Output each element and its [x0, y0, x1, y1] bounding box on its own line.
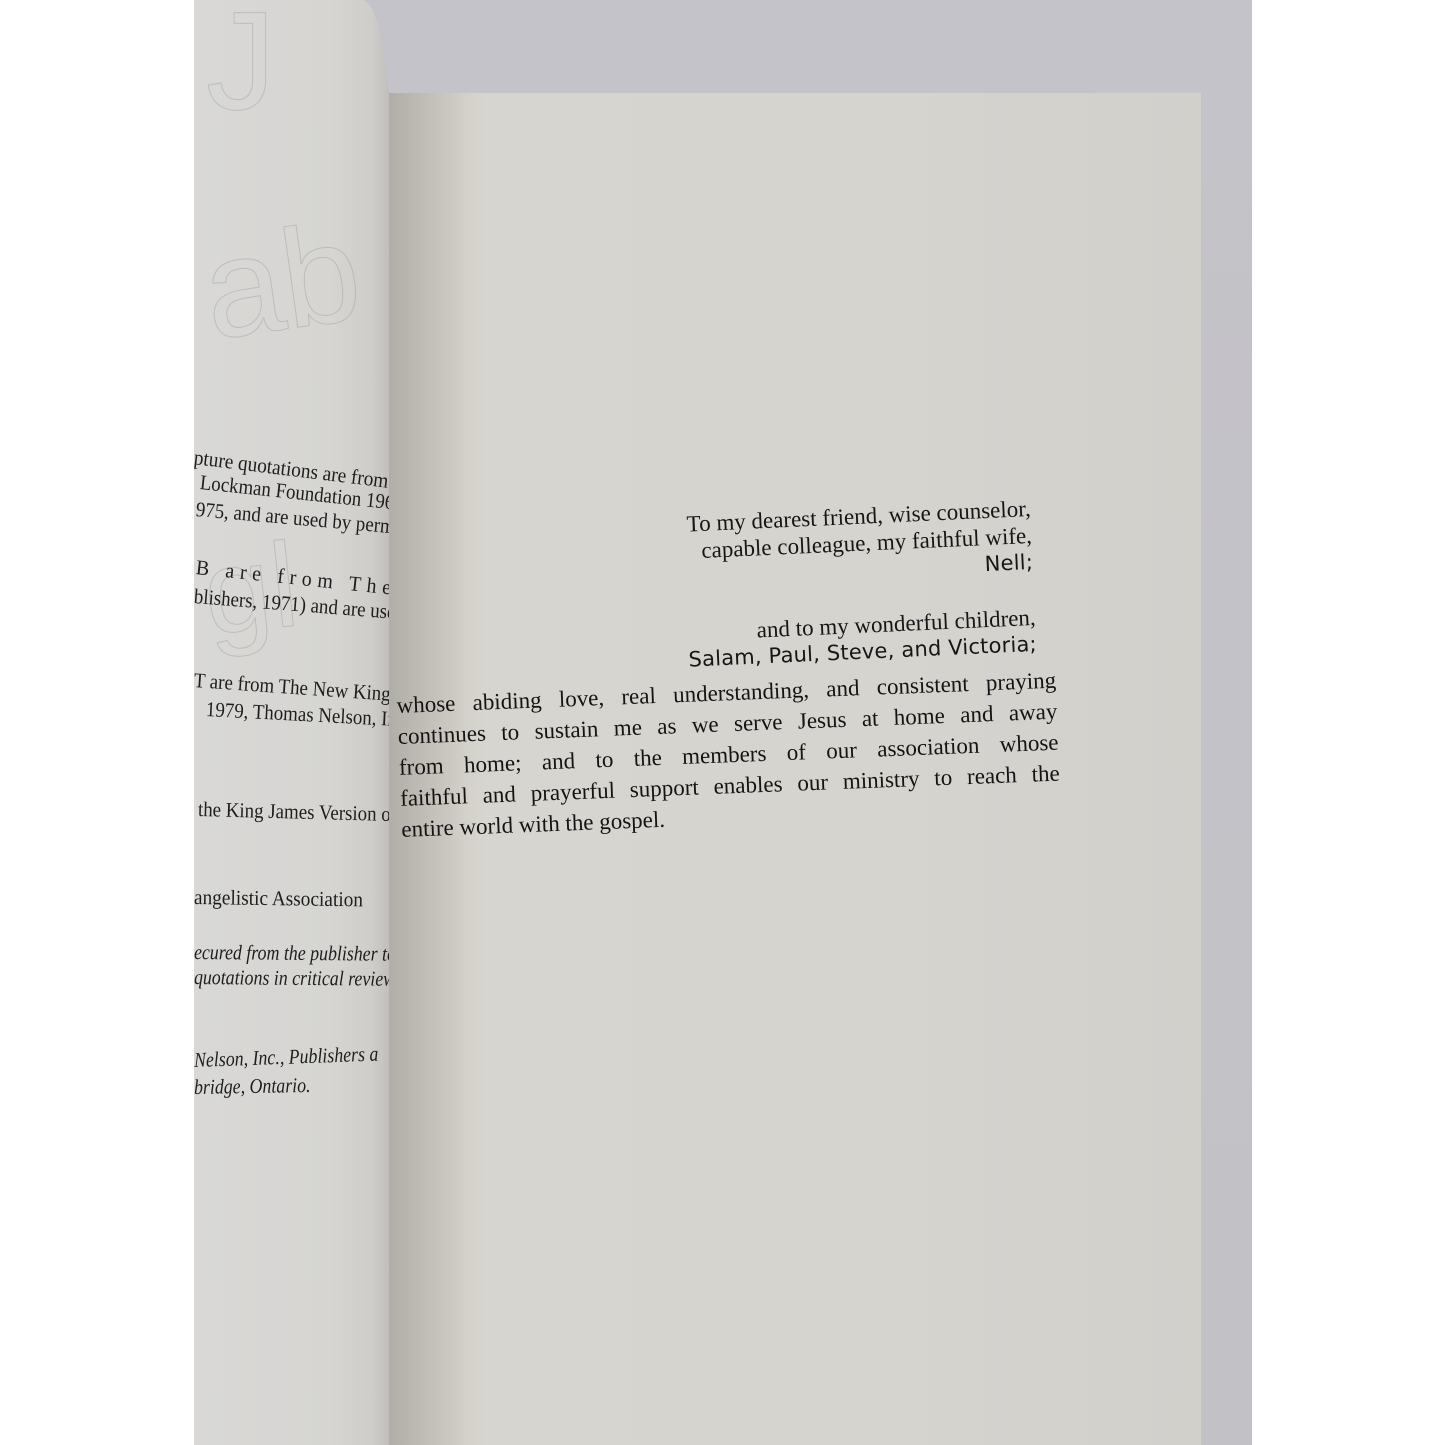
copyright-line: bridge, Ontario. [194, 1073, 311, 1100]
copyright-line: angelistic Association [194, 885, 363, 912]
copyright-line: ecured from the publisher to [194, 940, 396, 967]
copyright-line: the King James Version of [198, 797, 398, 827]
dedication-paragraph: whose abiding love, real understanding, … [396, 665, 1061, 845]
bleed-through-letter: J [206, 0, 276, 142]
copyright-line: quotations in critical reviews [194, 965, 402, 992]
dedication-heading: To my dearest friend, wise counselor, ca… [620, 495, 1037, 676]
copyright-line: Nelson, Inc., Publishers a [194, 1042, 379, 1073]
copyright-page: J ab gl pture quotations are from the Lo… [194, 0, 392, 1445]
bleed-through-letter: ab [194, 190, 370, 372]
